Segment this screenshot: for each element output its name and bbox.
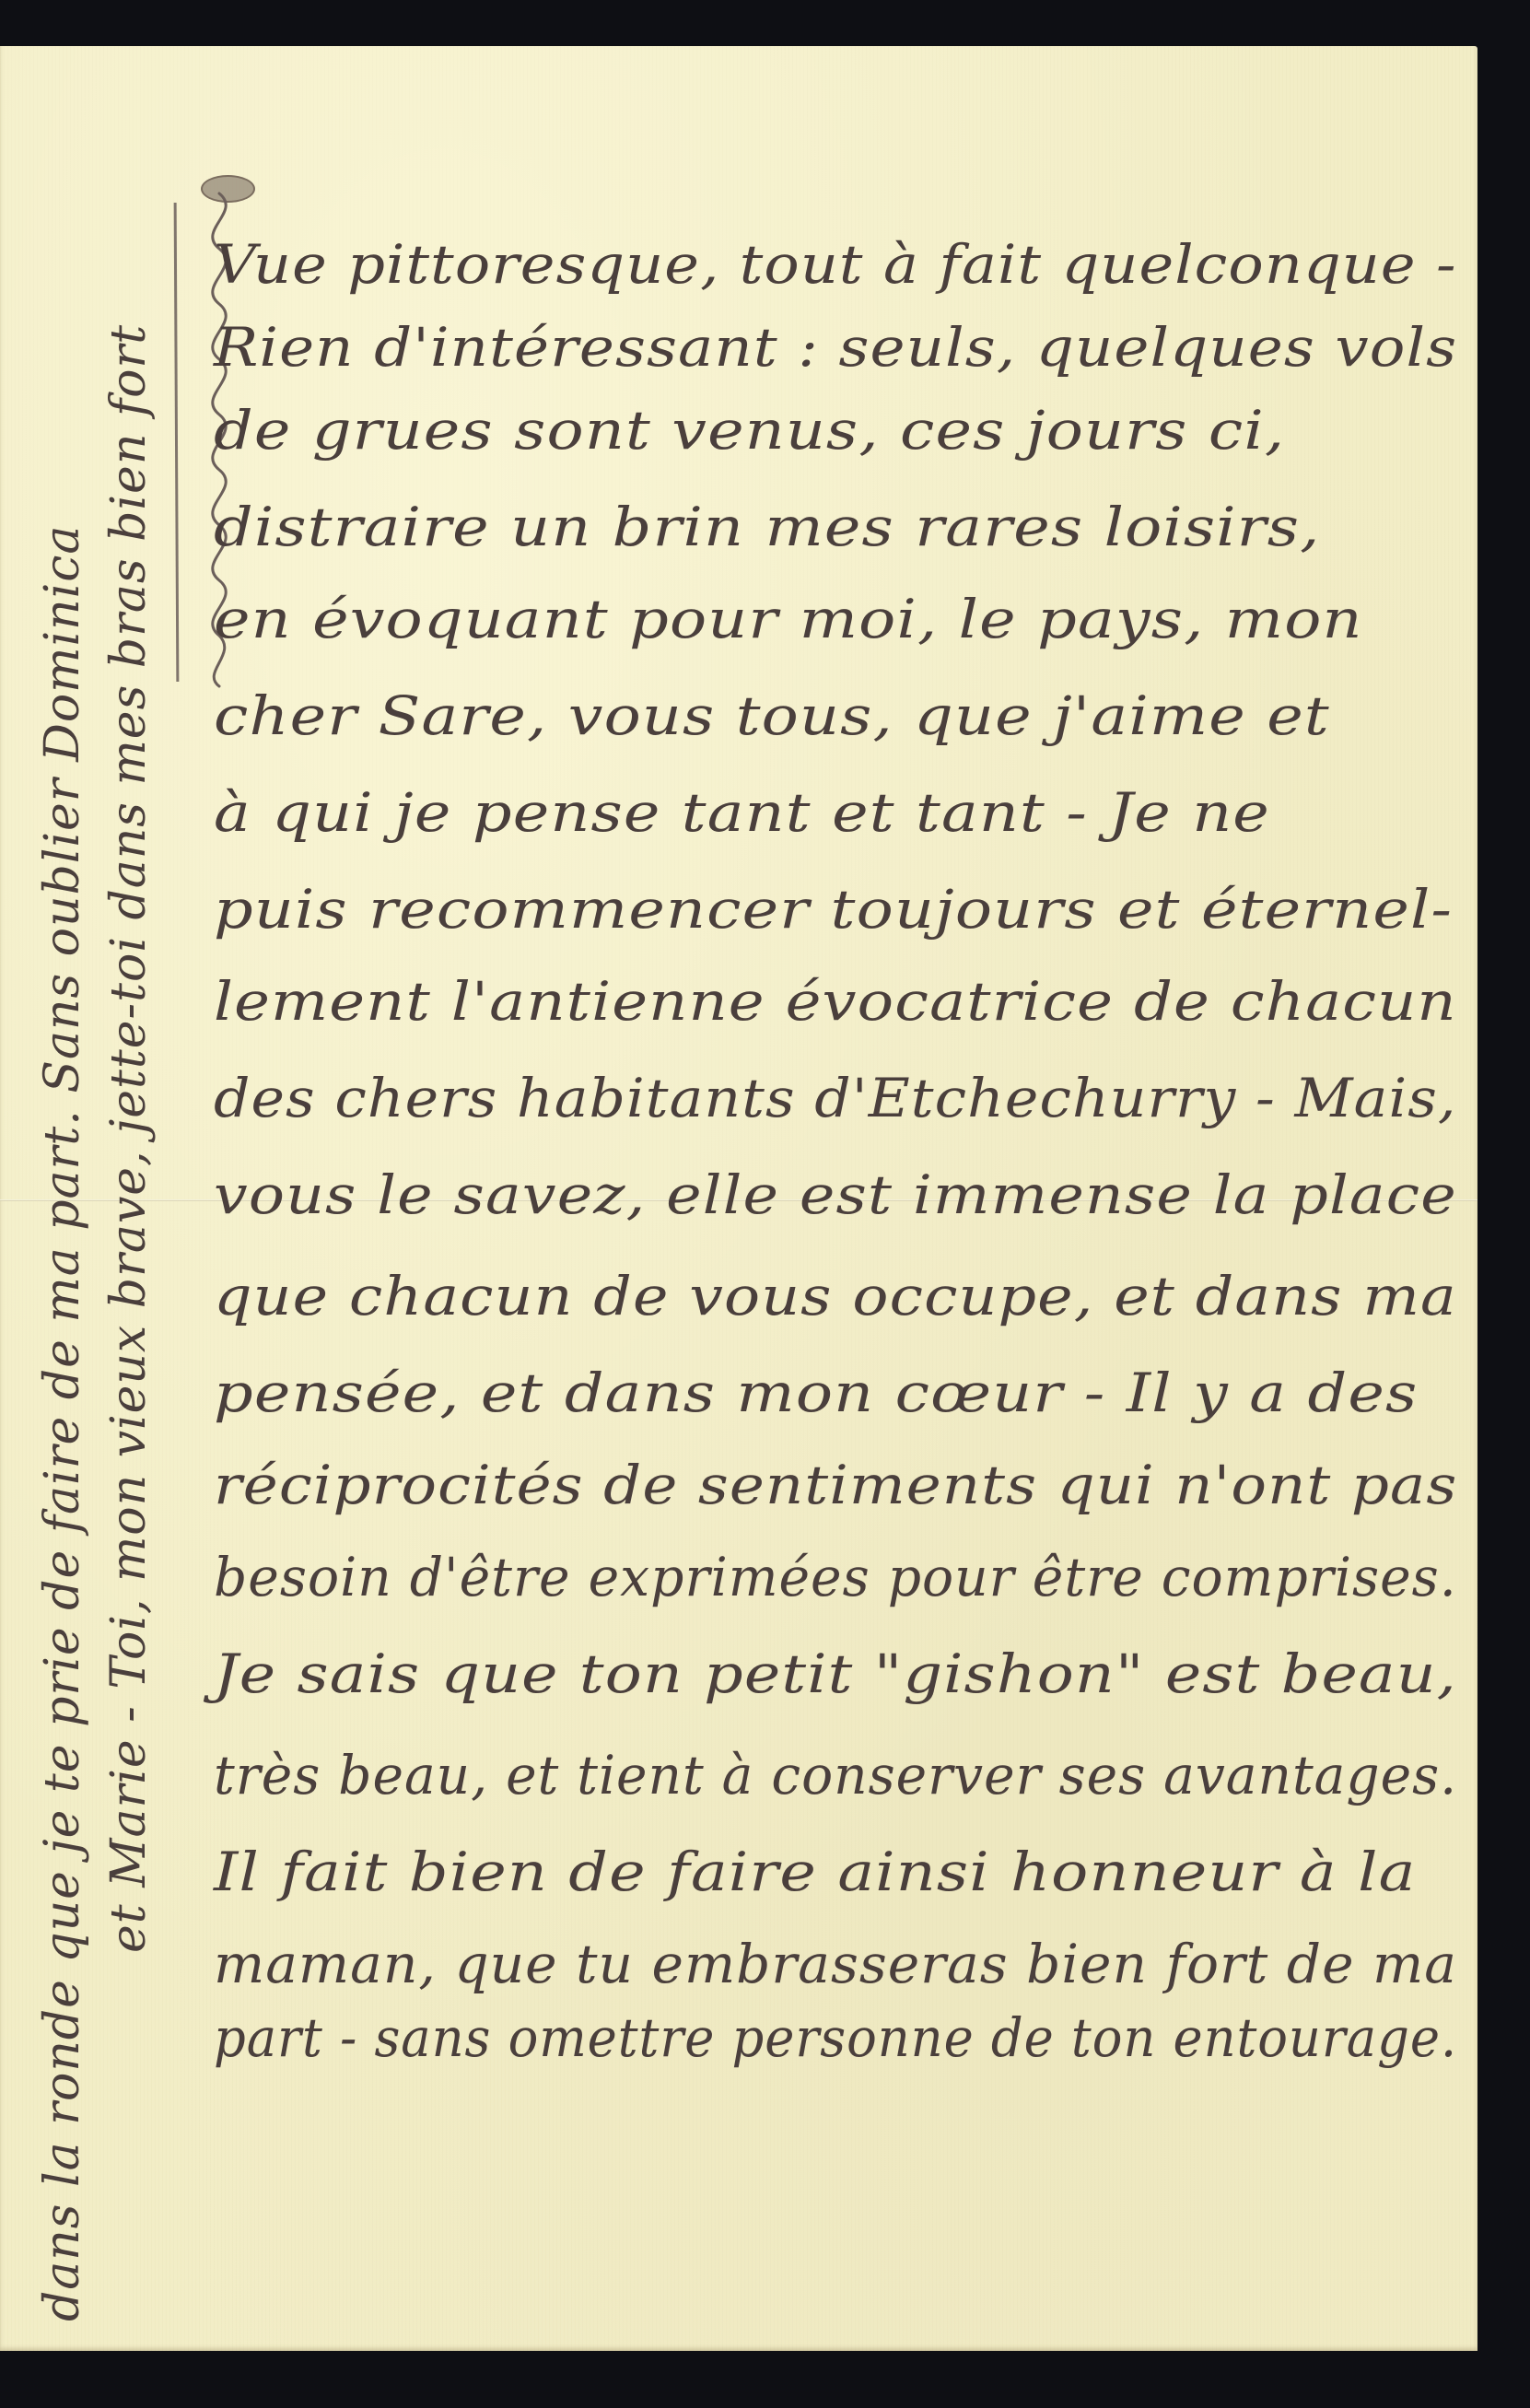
letter-line-7: à qui je pense tant et tant - Je ne xyxy=(214,783,1270,842)
letter-line-10: des chers habitants d'Etchechurry - Mais… xyxy=(214,1069,1457,1128)
letter-line-13: pensée, et dans mon cœur - Il y a des xyxy=(214,1363,1418,1422)
letter-page: dans la ronde que je te prie de faire de… xyxy=(0,46,1477,2351)
letter-line-1: Vue pittoresque, tout à fait quelconque … xyxy=(214,235,1457,294)
letter-line-19: maman, que tu embrasseras bien fort de m… xyxy=(214,1935,1457,1993)
letter-line-3: de grues sont venus, ces jours ci, xyxy=(214,401,1285,460)
letter-line-2: Rien d'intéressant : seuls, quelques vol… xyxy=(214,318,1457,377)
letter-line-16: Je sais que ton petit "gishon" est beau, xyxy=(214,1644,1457,1703)
letter-line-5: en évoquant pour moi, le pays, mon xyxy=(214,590,1363,649)
margin-note-column-2: et Marie - Toi, mon vieux brave, jette-t… xyxy=(103,92,155,1953)
letter-line-11: vous le savez, elle est immense la place xyxy=(214,1165,1457,1224)
letter-line-14: réciprocités de sentiments qui n'ont pas xyxy=(214,1455,1457,1514)
letter-line-9: lement l'antienne évocatrice de chacun xyxy=(214,972,1457,1031)
letter-line-17: très beau, et tient à conserver ses avan… xyxy=(214,1746,1457,1805)
letter-line-20: part - sans omettre personne de ton ento… xyxy=(214,2008,1457,2067)
letter-line-12: que chacun de vous occupe, et dans ma xyxy=(214,1267,1457,1326)
letter-line-6: cher Sare, vous tous, que j'aime et xyxy=(214,686,1330,745)
letter-line-8: puis recommencer toujours et éternel- xyxy=(214,880,1453,939)
margin-vertical-rule xyxy=(174,203,180,682)
margin-note-column-1: dans la ronde que je te prie de faire de… xyxy=(37,92,88,2321)
letter-line-15: besoin d'être exprimées pour être compri… xyxy=(214,1548,1457,1607)
letter-line-18: Il fait bien de faire ainsi honneur à la xyxy=(214,1842,1416,1901)
letter-line-4: distraire un brin mes rares loisirs, xyxy=(214,497,1320,556)
